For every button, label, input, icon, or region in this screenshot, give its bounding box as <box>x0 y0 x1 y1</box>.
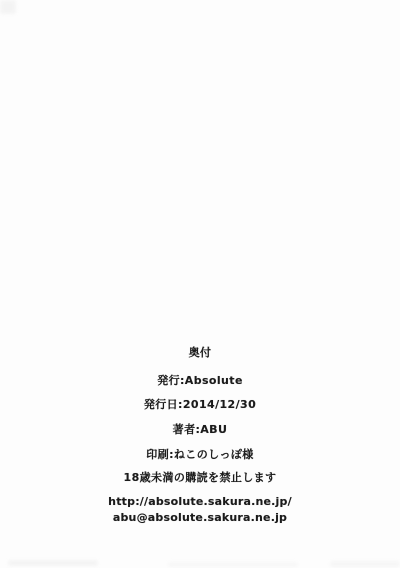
author-line: 著者:ABU <box>0 423 400 437</box>
scan-artifact-top-left <box>0 0 16 14</box>
publisher-line: 発行:Absolute <box>0 374 400 388</box>
website-url-text: http://absolute.sakura.ne.jp/ <box>0 495 400 509</box>
colophon-page: 奥付 発行:Absolute 発行日:2014/12/30 著者:ABU 印刷:… <box>0 0 400 568</box>
scan-artifact-bottom-right <box>330 561 400 567</box>
age-restriction-notice: 18歳未満の購読を禁止します <box>0 471 400 485</box>
scan-artifact-bottom-center <box>168 562 298 567</box>
email-address-text: abu@absolute.sakura.ne.jp <box>0 511 400 525</box>
publish-date-line: 発行日:2014/12/30 <box>0 398 400 412</box>
scan-artifact-bottom-left <box>8 560 98 566</box>
colophon-title: 奥付 <box>0 346 400 360</box>
printer-line: 印刷:ねこのしっぽ様 <box>0 448 400 462</box>
